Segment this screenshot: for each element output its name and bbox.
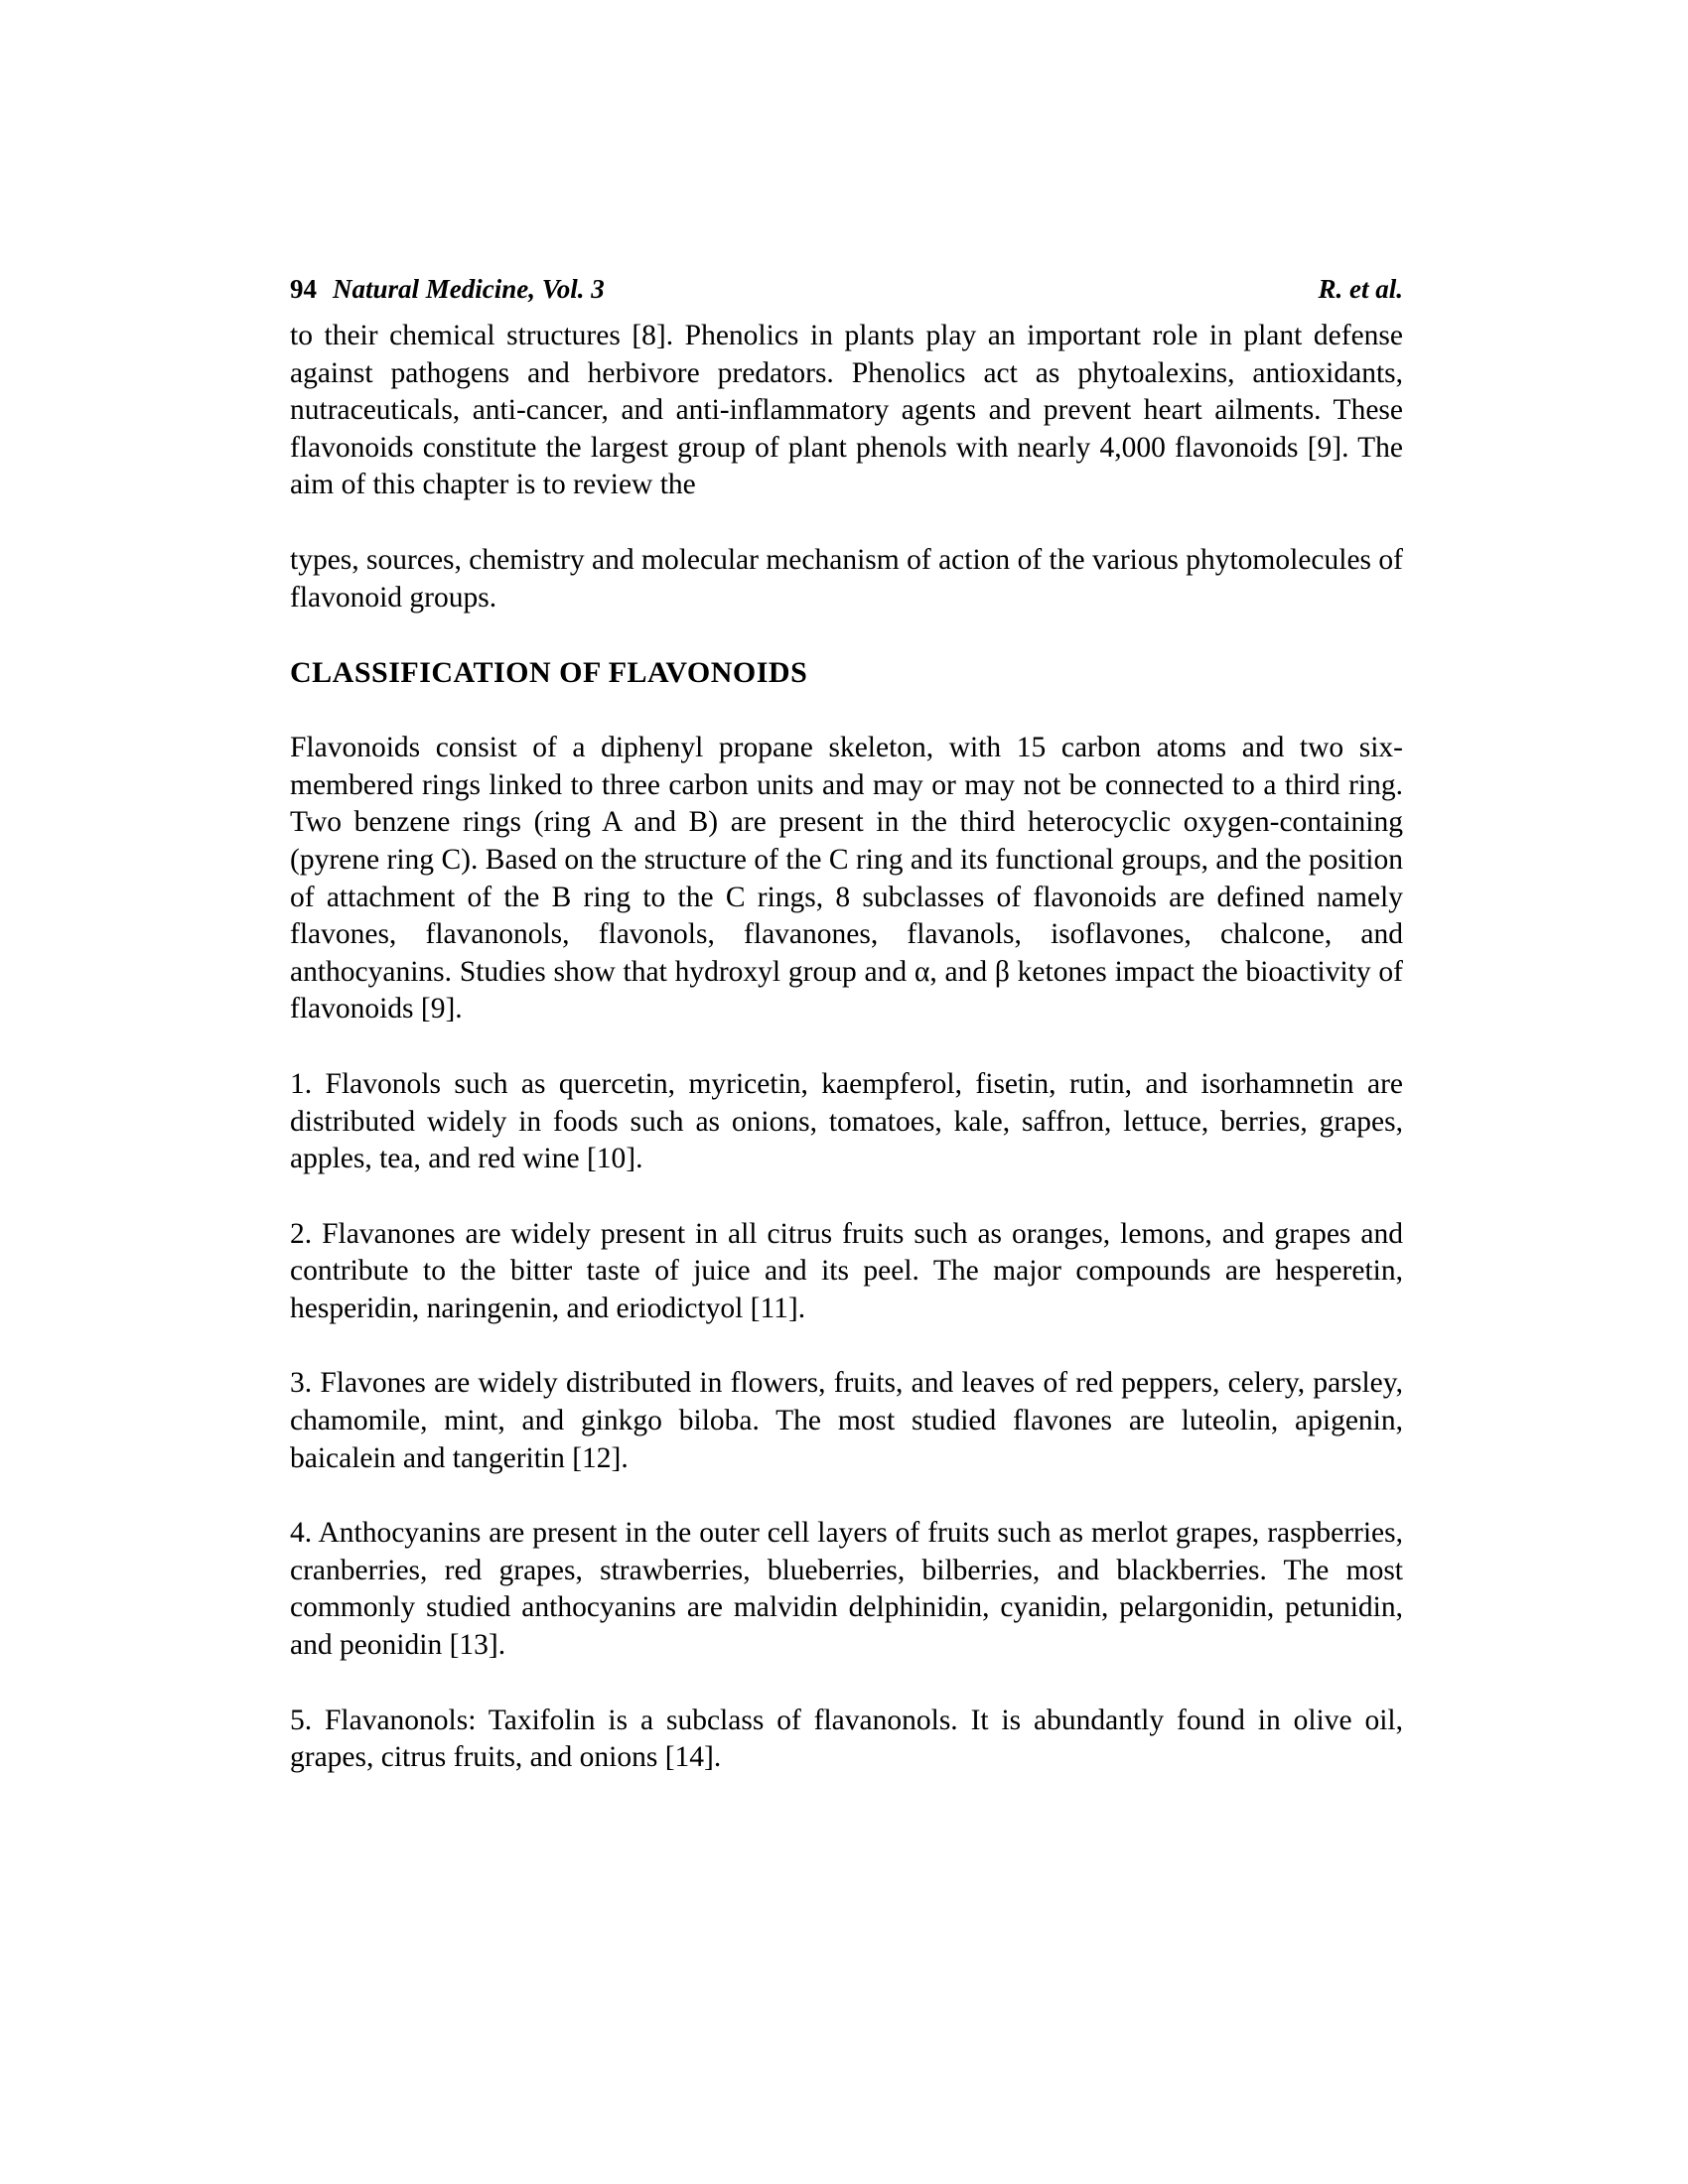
paragraph-classification-body: Flavonoids consist of a diphenyl propane… bbox=[290, 730, 1403, 1028]
running-head: 94 Natural Medicine, Vol. 3 R. et al. bbox=[290, 272, 1403, 306]
page-number: 94 bbox=[290, 272, 317, 306]
section-heading: CLASSIFICATION OF FLAVONOIDS bbox=[290, 654, 1403, 692]
numbered-item-flavonols: 1. Flavonols such as quercetin, myriceti… bbox=[290, 1066, 1403, 1178]
paragraph-intro-2: types, sources, chemistry and molecular … bbox=[290, 542, 1403, 616]
numbered-item-anthocyanins: 4. Anthocyanins are present in the outer… bbox=[290, 1515, 1403, 1664]
numbered-item-flavanones: 2. Flavanones are widely present in all … bbox=[290, 1216, 1403, 1328]
running-head-authors: R. et al. bbox=[1319, 272, 1404, 306]
paragraph-intro-1: to their chemical structures [8]. Phenol… bbox=[290, 318, 1403, 504]
volume-title: Natural Medicine, Vol. 3 bbox=[333, 272, 605, 306]
document-page: 94 Natural Medicine, Vol. 3 R. et al. to… bbox=[0, 0, 1688, 2184]
numbered-item-flavones: 3. Flavones are widely distributed in fl… bbox=[290, 1365, 1403, 1477]
numbered-item-flavanonols: 5. Flavanonols: Taxifolin is a subclass … bbox=[290, 1703, 1403, 1777]
running-head-left: 94 Natural Medicine, Vol. 3 bbox=[290, 272, 605, 306]
body-text-block: to their chemical structures [8]. Phenol… bbox=[290, 318, 1403, 1815]
